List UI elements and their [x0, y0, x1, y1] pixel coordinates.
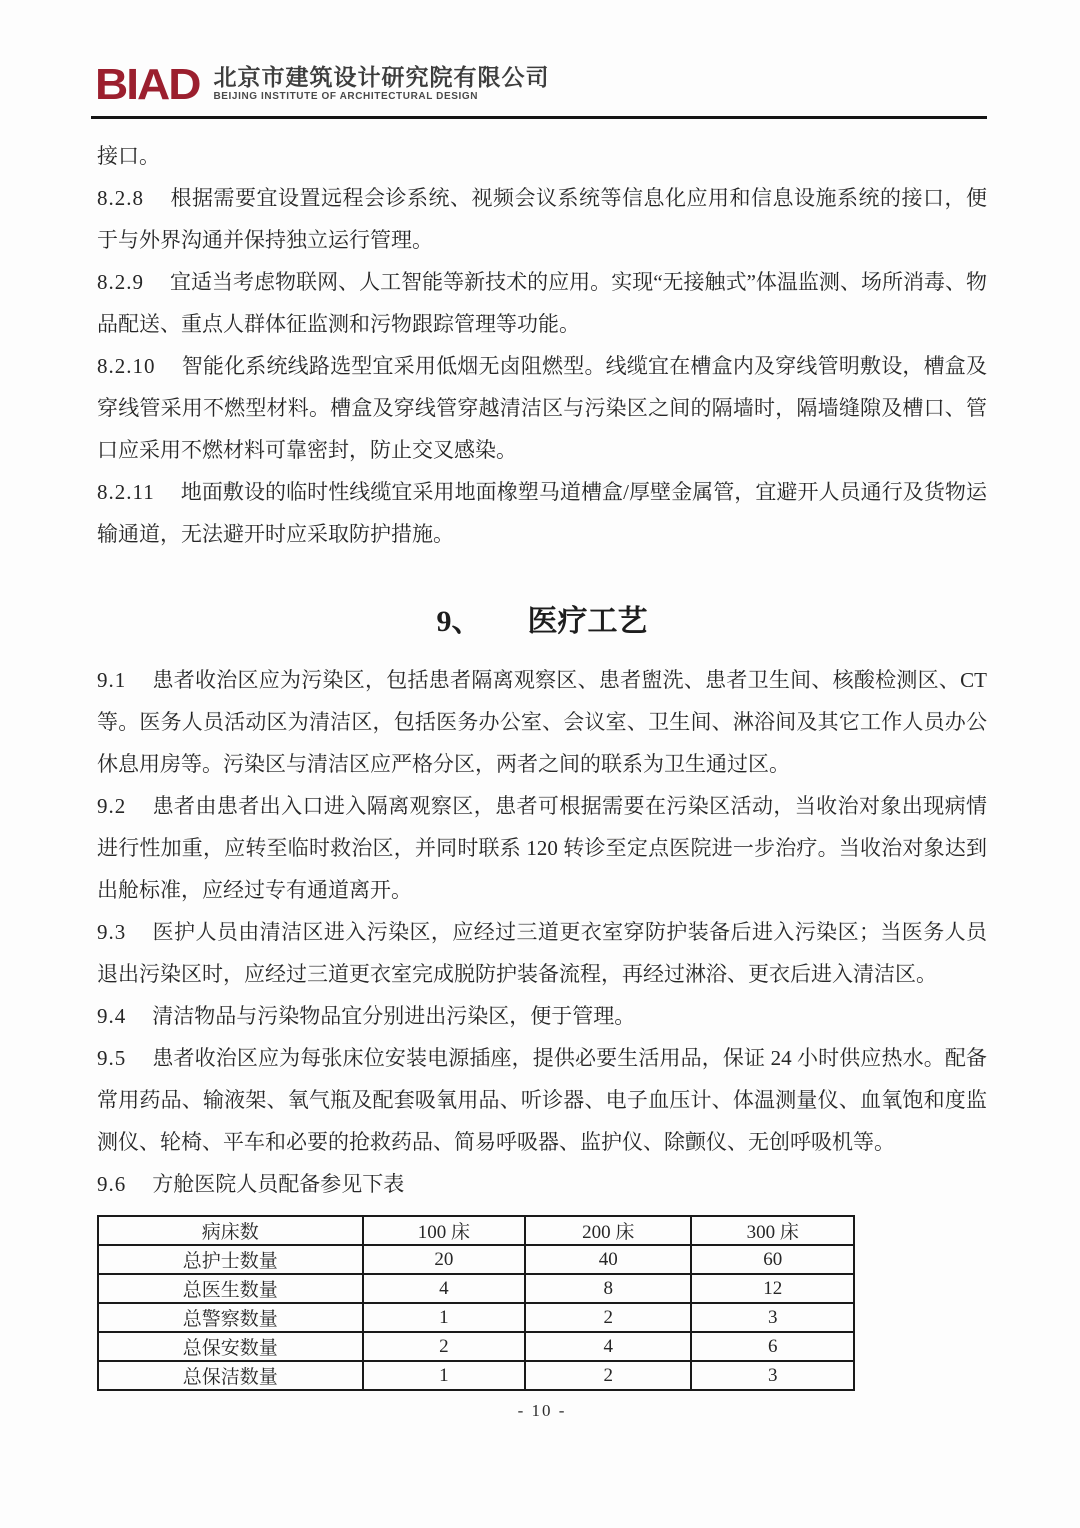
- table-row: 总护士数量 20 40 60: [98, 1245, 854, 1274]
- clause-number: 8.2.11: [97, 480, 155, 504]
- cell-value: 2: [525, 1303, 691, 1332]
- cell-value: 6: [691, 1332, 854, 1361]
- row-label: 总保洁数量: [98, 1361, 363, 1390]
- cell-value: 4: [363, 1274, 526, 1303]
- clause-text: 接口。: [97, 144, 160, 168]
- company-name-chinese: 北京市建筑设计研究院有限公司: [213, 64, 549, 90]
- page-number: - 10 -: [97, 1399, 987, 1423]
- document-body: 接口。 8.2.8根据需要宜设置远程会诊系统、视频会议系统等信息化应用和信息设施…: [97, 135, 987, 1423]
- clause-number: 8.2.8: [97, 186, 144, 210]
- clause-number: 8.2.9: [97, 270, 144, 294]
- clause-number: 9.5: [97, 1046, 126, 1070]
- clause-text: 医护人员由清洁区进入污染区，应经过三道更衣室穿防护装备后进入污染区；当医务人员退…: [97, 920, 987, 986]
- clause-text: 地面敷设的临时性线缆宜采用地面橡塑马道槽盒/厚壁金属管，宜避开人员通行及货物运输…: [97, 480, 987, 546]
- company-name-block: 北京市建筑设计研究院有限公司 BEIJING INSTITUTE OF ARCH…: [213, 60, 549, 103]
- paragraph-8-2-10: 8.2.10智能化系统线路选型宜采用低烟无卤阻燃型。线缆宜在槽盒内及穿线管明敷设…: [97, 345, 987, 471]
- cell-value: 3: [691, 1361, 854, 1390]
- clause-number: 9.1: [97, 668, 126, 692]
- paragraph-9-6: 9.6方舱医院人员配备参见下表: [97, 1163, 987, 1205]
- paragraph-8-2-11: 8.2.11地面敷设的临时性线缆宜采用地面橡塑马道槽盒/厚壁金属管，宜避开人员通…: [97, 471, 987, 555]
- cell-value: 20: [363, 1245, 526, 1274]
- table-header-beds: 病床数: [98, 1216, 363, 1245]
- cell-value: 2: [363, 1332, 526, 1361]
- table-header-300: 300 床: [691, 1216, 854, 1245]
- cell-value: 3: [691, 1303, 854, 1332]
- clause-text: 方舱医院人员配备参见下表: [152, 1172, 404, 1196]
- table-row: 总警察数量 1 2 3: [98, 1303, 854, 1332]
- cell-value: 2: [525, 1361, 691, 1390]
- paragraph-9-3: 9.3医护人员由清洁区进入污染区，应经过三道更衣室穿防护装备后进入污染区；当医务…: [97, 911, 987, 995]
- clause-text: 患者由患者出入口进入隔离观察区，患者可根据需要在污染区活动，当收治对象出现病情进…: [97, 794, 987, 902]
- company-letterhead: BIAD 北京市建筑设计研究院有限公司 BEIJING INSTITUTE OF…: [95, 60, 987, 110]
- table-header-100: 100 床: [363, 1216, 526, 1245]
- cell-value: 40: [525, 1245, 691, 1274]
- clause-text: 智能化系统线路选型宜采用低烟无卤阻燃型。线缆宜在槽盒内及穿线管明敷设，槽盒及穿线…: [97, 354, 987, 462]
- clause-text: 患者收治区应为污染区，包括患者隔离观察区、患者盥洗、患者卫生间、核酸检测区、CT…: [97, 668, 987, 776]
- row-label: 总护士数量: [98, 1245, 363, 1274]
- paragraph-8-2-9: 8.2.9宜适当考虑物联网、人工智能等新技术的应用。实现“无接触式”体温监测、场…: [97, 261, 987, 345]
- cell-value: 1: [363, 1303, 526, 1332]
- paragraph-8-2-8: 8.2.8根据需要宜设置远程会诊系统、视频会议系统等信息化应用和信息设施系统的接…: [97, 177, 987, 261]
- row-label: 总警察数量: [98, 1303, 363, 1332]
- staffing-table: 病床数 100 床 200 床 300 床 总护士数量 20 40 60 总医生…: [97, 1215, 855, 1391]
- section-title: 医疗工艺: [528, 605, 648, 638]
- table-header-200: 200 床: [525, 1216, 691, 1245]
- cell-value: 8: [525, 1274, 691, 1303]
- table-row: 总医生数量 4 8 12: [98, 1274, 854, 1303]
- cell-value: 1: [363, 1361, 526, 1390]
- paragraph-9-2: 9.2患者由患者出入口进入隔离观察区，患者可根据需要在污染区活动，当收治对象出现…: [97, 785, 987, 911]
- clause-text: 根据需要宜设置远程会诊系统、视频会议系统等信息化应用和信息设施系统的接口，便于与…: [97, 186, 987, 252]
- company-name-english: BEIJING INSTITUTE OF ARCHITECTURAL DESIG…: [213, 90, 549, 103]
- clause-text: 清洁物品与污染物品宜分别进出污染区，便于管理。: [152, 1004, 635, 1028]
- clause-number: 9.2: [97, 794, 126, 818]
- table-header-row: 病床数 100 床 200 床 300 床: [98, 1216, 854, 1245]
- cell-value: 60: [691, 1245, 854, 1274]
- clause-number: 9.6: [97, 1172, 126, 1196]
- section-number: 9、: [437, 605, 482, 638]
- clause-number: 9.4: [97, 1004, 126, 1028]
- cell-value: 4: [525, 1332, 691, 1361]
- clause-number: 8.2.10: [97, 354, 156, 378]
- clause-text: 患者收治区应为每张床位安装电源插座，提供必要生活用品，保证 24 小时供应热水。…: [97, 1046, 987, 1154]
- row-label: 总医生数量: [98, 1274, 363, 1303]
- row-label: 总保安数量: [98, 1332, 363, 1361]
- clause-text: 宜适当考虑物联网、人工智能等新技术的应用。实现“无接触式”体温监测、场所消毒、物…: [97, 270, 987, 336]
- section-heading: 9、医疗工艺: [97, 597, 987, 647]
- paragraph-9-5: 9.5患者收治区应为每张床位安装电源插座，提供必要生活用品，保证 24 小时供应…: [97, 1037, 987, 1163]
- document-page: BIAD 北京市建筑设计研究院有限公司 BEIJING INSTITUTE OF…: [0, 0, 1080, 1528]
- biad-logo: BIAD: [95, 61, 199, 107]
- paragraph-continuation: 接口。: [97, 135, 987, 177]
- table-row: 总保洁数量 1 2 3: [98, 1361, 854, 1390]
- paragraph-9-1: 9.1患者收治区应为污染区，包括患者隔离观察区、患者盥洗、患者卫生间、核酸检测区…: [97, 659, 987, 785]
- cell-value: 12: [691, 1274, 854, 1303]
- table-row: 总保安数量 2 4 6: [98, 1332, 854, 1361]
- clause-number: 9.3: [97, 920, 126, 944]
- header-divider: [91, 116, 987, 119]
- paragraph-9-4: 9.4清洁物品与污染物品宜分别进出污染区，便于管理。: [97, 995, 987, 1037]
